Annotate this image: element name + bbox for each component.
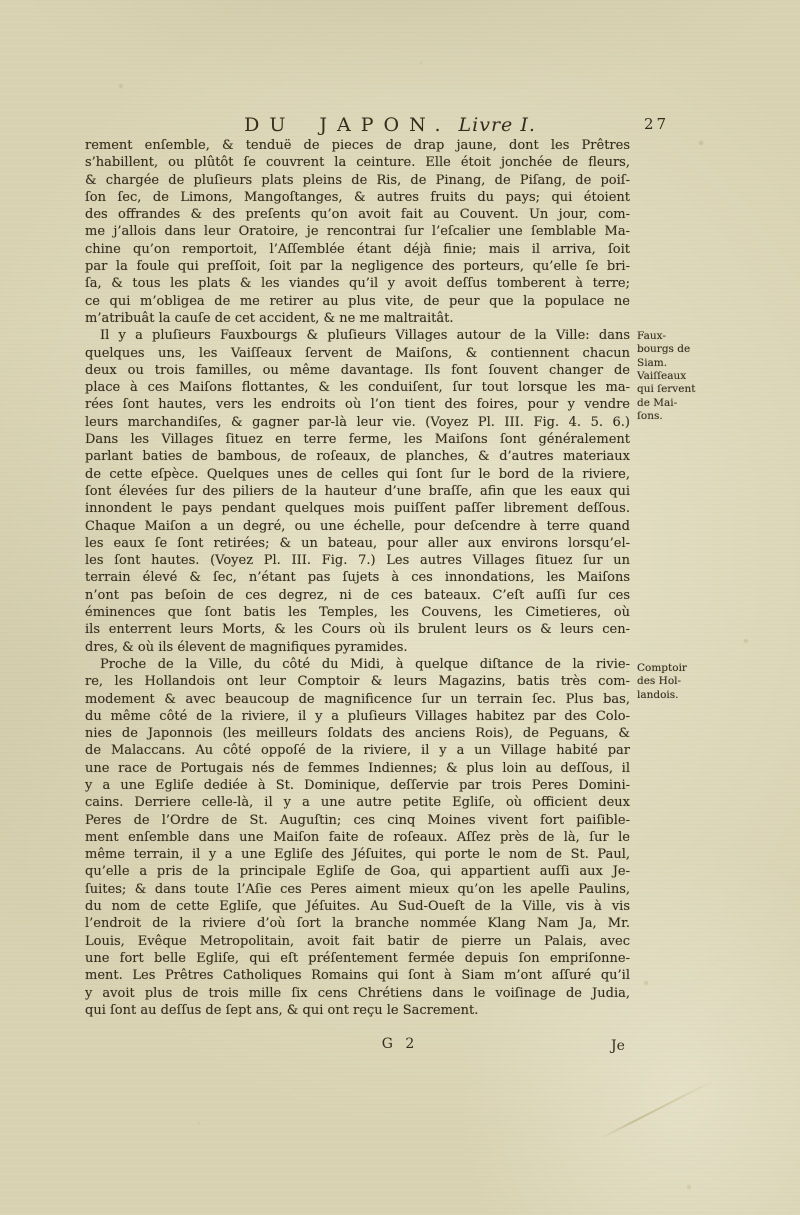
text-line: nies de Japonnois (les meilleurs ſoldats… <box>85 725 630 742</box>
text-line: Dans les Villages ſituez en terre ferme,… <box>85 431 630 448</box>
text-line: innondent le pays pendant quelques mois … <box>85 500 630 517</box>
margin-note-line: qui ſervent <box>637 383 723 396</box>
text-line: terrain élevé & ſec, n’étant pas ſujets … <box>85 569 630 586</box>
text-line: ſuites; & dans toute l’Aſie ces Peres ai… <box>85 881 630 898</box>
paragraph: rement enſemble, & tenduë de pieces de d… <box>85 137 630 327</box>
paragraph: Il y a pluſieurs Fauxbourgs & pluſieurs … <box>85 327 630 656</box>
text-line: parlant baties de bambous, de roſeaux, d… <box>85 448 630 465</box>
text-line: Proche de la Ville, du côté du Midi, à q… <box>85 656 630 673</box>
text-line: l’endroit de la riviere d’où ſort la bra… <box>85 915 630 932</box>
margin-note-comptoir: Comptoirdes Hol-landois. <box>637 662 723 702</box>
text-line: du même côté de la riviere, il y a pluſi… <box>85 708 630 725</box>
body-text: rement enſemble, & tenduë de pieces de d… <box>85 137 630 1019</box>
text-line: rement enſemble, & tenduë de pieces de d… <box>85 137 630 154</box>
text-line: les eaux ſe ſont retirées; & un bateau, … <box>85 535 630 552</box>
book-page: DU JAPON.Livre I. 27 rement enſemble, & … <box>0 0 800 1215</box>
text-line: n’ont pas beſoin de ces degrez, ni de ce… <box>85 587 630 604</box>
text-line: Louis, Evêque Metropolitain, avoit fait … <box>85 933 630 950</box>
text-line: des offrandes & des preſents qu’on avoit… <box>85 206 630 223</box>
text-line: Il y a pluſieurs Fauxbourgs & pluſieurs … <box>85 327 630 344</box>
text-line: cains. Derriere celle-là, il y a une aut… <box>85 794 630 811</box>
margin-note-line: Vaiſſeaux <box>637 370 723 383</box>
text-line: du nom de cette Egliſe, que Jéſuites. Au… <box>85 898 630 915</box>
text-line: ſont élevées ſur des piliers de la haute… <box>85 483 630 500</box>
text-line: y avoit plus de trois mille ſix cens Chr… <box>85 985 630 1002</box>
text-line: dres, & où ils élevent de magnifiques py… <box>85 639 630 656</box>
text-line: une fort belle Egliſe, qui eſt préſentem… <box>85 950 630 967</box>
text-line: éminences que ſont batis les Temples, le… <box>85 604 630 621</box>
text-line: par la foule qui preſſoit, ſoit par la n… <box>85 258 630 275</box>
text-line: une race de Portugais nés de femmes Indi… <box>85 760 630 777</box>
page-number: 27 <box>644 115 669 133</box>
text-line: même terrain, il y a une Egliſe des Jéſu… <box>85 846 630 863</box>
signature-mark: G 2 <box>0 1036 800 1052</box>
text-line: & chargée de pluſieurs plats pleins de R… <box>85 172 630 189</box>
text-line: deux ou trois familles, ou même davantag… <box>85 362 630 379</box>
text-line: Chaque Maiſon a un degré, ou une échelle… <box>85 518 630 535</box>
text-line: Peres de l’Ordre de St. Auguſtin; ces ci… <box>85 812 630 829</box>
text-line: ils enterrent leurs Morts, & les Cours o… <box>85 621 630 638</box>
margin-note-line: ſons. <box>637 410 723 423</box>
text-line: rées ſont hautes, vers les endroits où l… <box>85 396 630 413</box>
text-line: y a une Egliſe dediée à St. Dominique, d… <box>85 777 630 794</box>
margin-note-fauxbourgs: Faux-bourgs deSiam. <box>637 330 723 370</box>
paper-crease <box>599 1081 712 1140</box>
margin-note-vaisseaux: Vaiſſeauxqui ſerventde Mai-ſons. <box>637 370 723 424</box>
margin-note-line: Comptoir <box>637 662 723 675</box>
paper-speckles <box>0 0 2 2</box>
text-line: me j’allois dans leur Oratoire, je renco… <box>85 223 630 240</box>
text-line: place à ces Maiſons flottantes, & les co… <box>85 379 630 396</box>
text-line: ſon ſec, de Limons, Mangoſtanges, & autr… <box>85 189 630 206</box>
margin-note-line: de Mai- <box>637 397 723 410</box>
text-line: m’atribuât la cauſe de cet accident, & n… <box>85 310 630 327</box>
text-line: re, les Hollandois ont leur Comptoir & l… <box>85 673 630 690</box>
paragraph: Proche de la Ville, du côté du Midi, à q… <box>85 656 630 1019</box>
text-line: les ſont hautes. (Voyez Pl. III. Fig. 7.… <box>85 552 630 569</box>
text-line: ſa, & tous les plats & les viandes qu’il… <box>85 275 630 292</box>
text-line: qu’elle a pris de la principale Egliſe d… <box>85 863 630 880</box>
text-line: ce qui m’obligea de me retirer au plus v… <box>85 293 630 310</box>
running-header: DU JAPON.Livre I. <box>110 114 670 136</box>
header-book-label: Livre I. <box>459 114 536 136</box>
text-line: ment. Les Prêtres Catholiques Romains qu… <box>85 967 630 984</box>
margin-note-line: Siam. <box>637 357 723 370</box>
margin-note-line: landois. <box>637 689 723 702</box>
catchword: Je <box>611 1038 625 1054</box>
text-line: leurs marchandiſes, & gagner par-là leur… <box>85 414 630 431</box>
margin-note-line: Faux- <box>637 330 723 343</box>
margin-note-line: bourgs de <box>637 343 723 356</box>
text-line: quelques uns, les Vaiſſeaux ſervent de M… <box>85 345 630 362</box>
margin-note-line: des Hol- <box>637 675 723 688</box>
text-line: qui ſont au deſſus de ſept ans, & qui on… <box>85 1002 630 1019</box>
text-line: de Malaccans. Au côté oppoſé de la rivie… <box>85 742 630 759</box>
text-line: ment enſemble dans une Maiſon faite de r… <box>85 829 630 846</box>
header-title: DU JAPON. <box>244 114 450 136</box>
text-line: s’habillent, ou plûtôt ſe couvrent la ce… <box>85 154 630 171</box>
text-line: chine qu’on remportoit, l’Aſſemblée étan… <box>85 241 630 258</box>
text-line: de cette eſpèce. Quelques unes de celles… <box>85 466 630 483</box>
text-line: modement & avec beaucoup de magnificence… <box>85 691 630 708</box>
